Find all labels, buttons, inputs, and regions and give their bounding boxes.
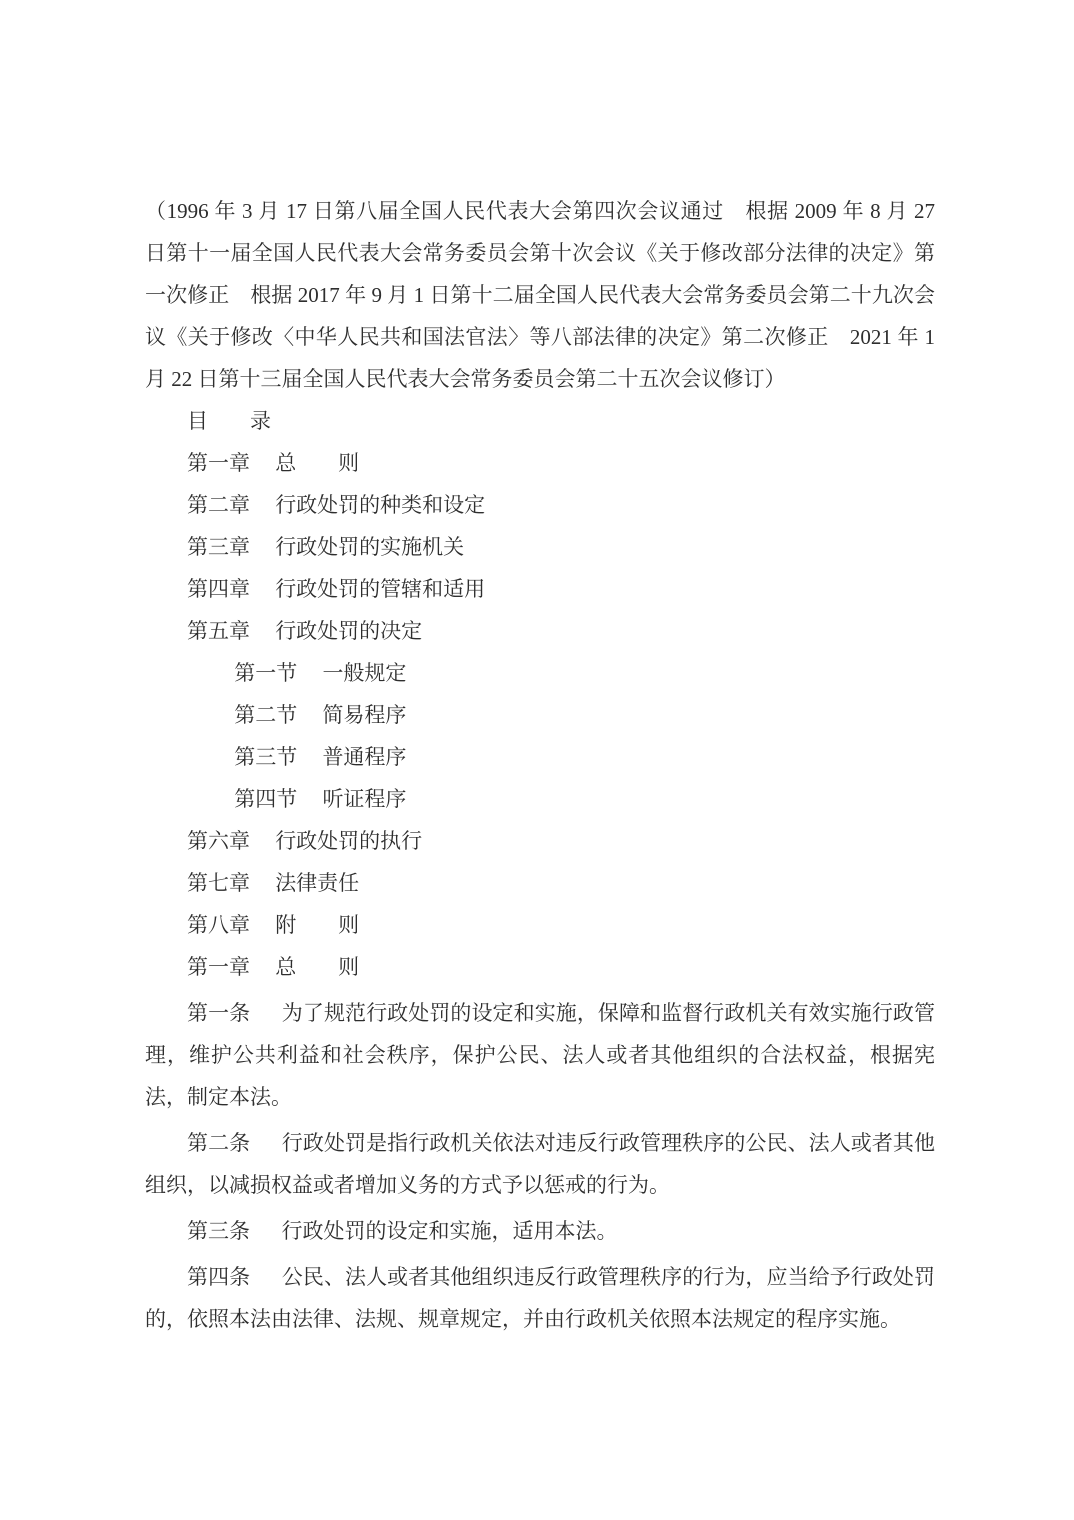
law-revision-preamble: （1996 年 3 月 17 日第八届全国人民代表大会第四次会议通过 根据 20… bbox=[145, 190, 935, 400]
toc-title-text: 附 则 bbox=[275, 913, 359, 937]
toc-label: 第七章 bbox=[187, 871, 250, 895]
chapter-heading-title: 总 则 bbox=[275, 955, 359, 979]
article-text: 公民、法人或者其他组织违反行政管理秩序的行为，应当给予行政处罚的，依照本法由法律… bbox=[145, 1265, 935, 1331]
article-text: 行政处罚的设定和实施，适用本法。 bbox=[282, 1219, 618, 1243]
toc-title-text: 行政处罚的种类和设定 bbox=[275, 493, 485, 517]
toc-item-chapter-2: 第二章行政处罚的种类和设定 bbox=[145, 484, 935, 526]
toc-item-chapter-7: 第七章法律责任 bbox=[145, 862, 935, 904]
toc-item-chapter-5: 第五章行政处罚的决定 bbox=[145, 610, 935, 652]
chapter-1-heading: 第一章总 则 bbox=[145, 946, 935, 988]
toc-item-section-4: 第四节听证程序 bbox=[145, 778, 935, 820]
article-label: 第一条 bbox=[187, 1001, 250, 1025]
toc-label: 第六章 bbox=[187, 829, 250, 853]
article-label: 第四条 bbox=[187, 1265, 250, 1289]
toc-title-text: 行政处罚的实施机关 bbox=[275, 535, 464, 559]
article-3: 第三条行政处罚的设定和实施，适用本法。 bbox=[145, 1210, 935, 1252]
toc-label: 第八章 bbox=[187, 913, 250, 937]
toc-title-text: 行政处罚的管辖和适用 bbox=[275, 577, 485, 601]
toc-item-section-1: 第一节一般规定 bbox=[145, 652, 935, 694]
toc-title-text: 普通程序 bbox=[322, 745, 406, 769]
toc-title-text: 总 则 bbox=[275, 451, 359, 475]
toc-title-text: 听证程序 bbox=[322, 787, 406, 811]
toc-label: 第二章 bbox=[187, 493, 250, 517]
toc-title-text: 简易程序 bbox=[322, 703, 406, 727]
article-label: 第三条 bbox=[187, 1219, 250, 1243]
toc-title-text: 行政处罚的决定 bbox=[275, 619, 422, 643]
toc-label: 第一章 bbox=[187, 451, 250, 475]
chapter-heading-label: 第一章 bbox=[187, 955, 250, 979]
toc-item-section-2: 第二节简易程序 bbox=[145, 694, 935, 736]
toc-item-chapter-3: 第三章行政处罚的实施机关 bbox=[145, 526, 935, 568]
toc-item-chapter-8: 第八章附 则 bbox=[145, 904, 935, 946]
toc-label: 第四章 bbox=[187, 577, 250, 601]
toc-title-text: 法律责任 bbox=[275, 871, 359, 895]
toc-title-text: 一般规定 bbox=[322, 661, 406, 685]
toc-label: 第三章 bbox=[187, 535, 250, 559]
document-content: （1996 年 3 月 17 日第八届全国人民代表大会第四次会议通过 根据 20… bbox=[145, 190, 935, 1340]
document-page: （1996 年 3 月 17 日第八届全国人民代表大会第四次会议通过 根据 20… bbox=[0, 0, 1074, 1520]
article-text: 行政处罚是指行政机关依法对违反行政管理秩序的公民、法人或者其他组织，以减损权益或… bbox=[145, 1131, 935, 1197]
toc-title-text: 行政处罚的执行 bbox=[275, 829, 422, 853]
article-text: 为了规范行政处罚的设定和实施，保障和监督行政机关有效实施行政管理，维护公共利益和… bbox=[145, 1001, 935, 1109]
article-2: 第二条行政处罚是指行政机关依法对违反行政管理秩序的公民、法人或者其他组织，以减损… bbox=[145, 1122, 935, 1206]
table-of-contents: 目 录 第一章总 则 第二章行政处罚的种类和设定 第三章行政处罚的实施机关 第四… bbox=[145, 400, 935, 946]
toc-label: 第二节 bbox=[234, 703, 297, 727]
toc-item-section-3: 第三节普通程序 bbox=[145, 736, 935, 778]
toc-label: 第四节 bbox=[234, 787, 297, 811]
article-1: 第一条为了规范行政处罚的设定和实施，保障和监督行政机关有效实施行政管理，维护公共… bbox=[145, 992, 935, 1118]
toc-item-chapter-4: 第四章行政处罚的管辖和适用 bbox=[145, 568, 935, 610]
toc-label: 第一节 bbox=[234, 661, 297, 685]
article-4: 第四条公民、法人或者其他组织违反行政管理秩序的行为，应当给予行政处罚的，依照本法… bbox=[145, 1256, 935, 1340]
toc-label: 第五章 bbox=[187, 619, 250, 643]
toc-title: 目 录 bbox=[145, 400, 935, 442]
toc-item-chapter-1: 第一章总 则 bbox=[145, 442, 935, 484]
article-label: 第二条 bbox=[187, 1131, 250, 1155]
toc-label: 第三节 bbox=[234, 745, 297, 769]
toc-item-chapter-6: 第六章行政处罚的执行 bbox=[145, 820, 935, 862]
